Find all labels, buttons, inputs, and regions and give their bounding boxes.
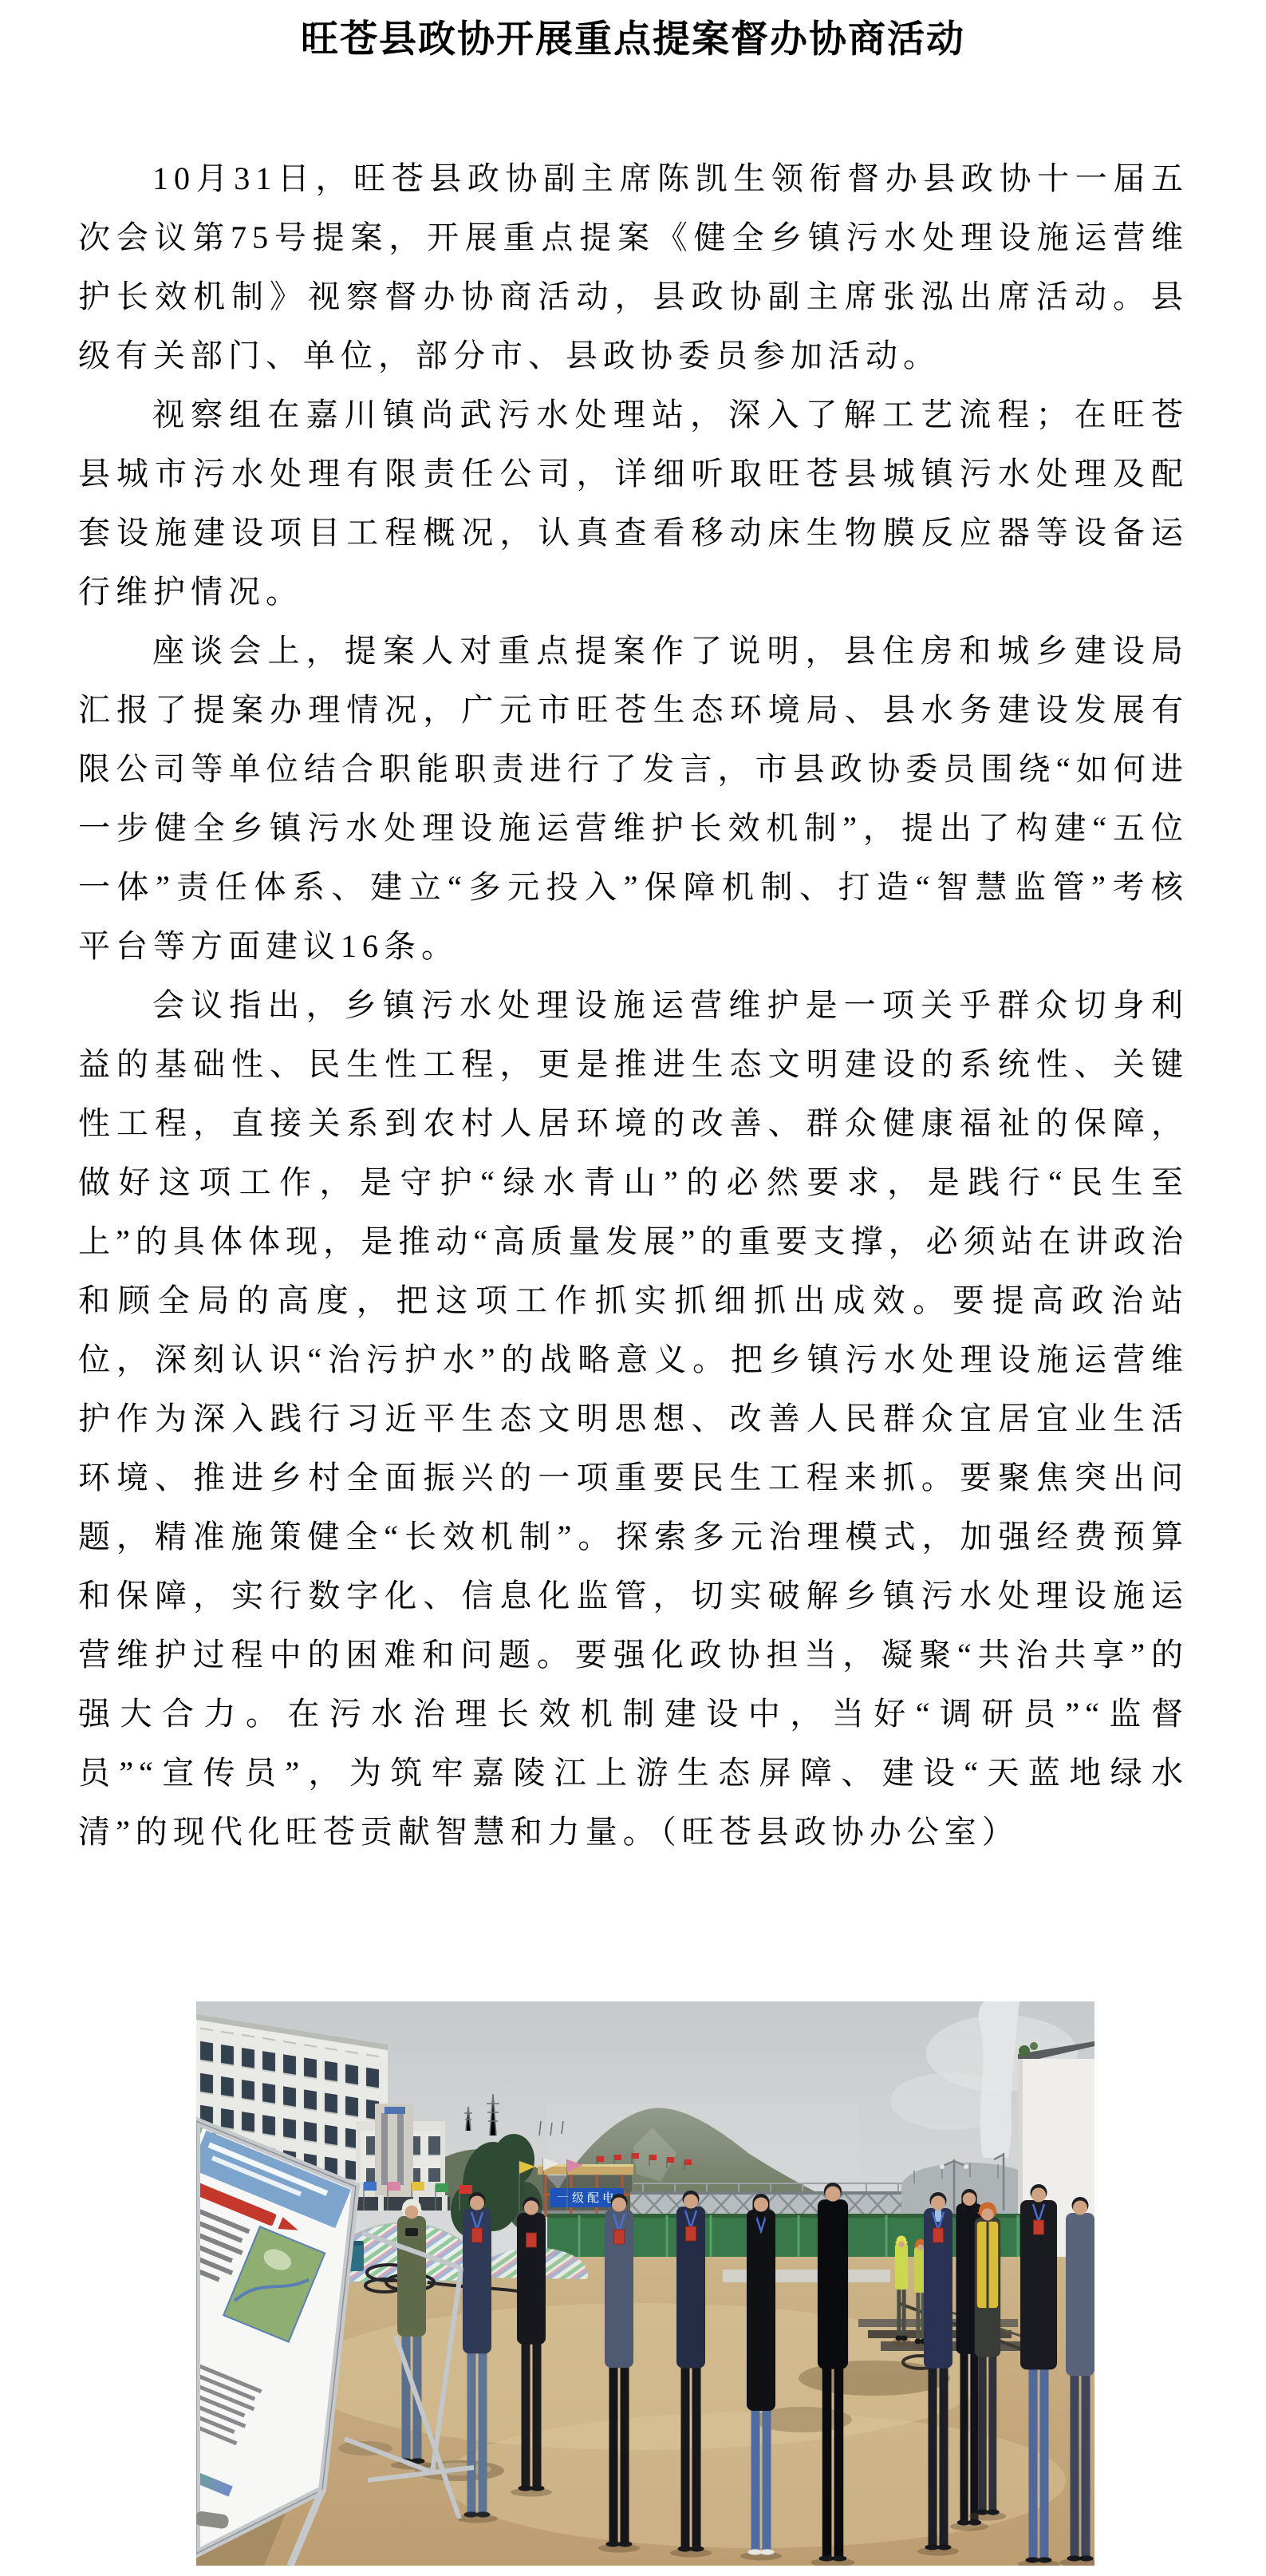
document-page: 旺苍县政协开展重点提案督办协商活动 10月31日，旺苍县政协副主席陈凯生领衔督办…	[0, 0, 1266, 2576]
article-paragraph: 10月31日，旺苍县政协副主席陈凯生领衔督办县政协十一届五次会议第75号提案，开…	[78, 149, 1189, 385]
article-paragraph: 会议指出，乡镇污水处理设施运营维护是一项关乎群众切身利益的基础性、民生性工程，更…	[78, 976, 1189, 1862]
article-paragraph: 视察组在嘉川镇尚武污水处理站，深入了解工艺流程；在旺苍县城市污水处理有限责任公司…	[78, 385, 1189, 622]
power-sign-text: 一级配电	[557, 2191, 617, 2205]
site-photo: 一级配电	[196, 2001, 1094, 2566]
article-body: 10月31日，旺苍县政协副主席陈凯生领衔督办县政协十一届五次会议第75号提案，开…	[78, 149, 1189, 1862]
article-paragraph: 座谈会上，提案人对重点提案作了说明，县住房和城乡建设局汇报了提案办理情况，广元市…	[78, 622, 1189, 976]
site-photo-illustration: 一级配电	[196, 2001, 1094, 2566]
article-title: 旺苍县政协开展重点提案督办协商活动	[0, 0, 1266, 63]
